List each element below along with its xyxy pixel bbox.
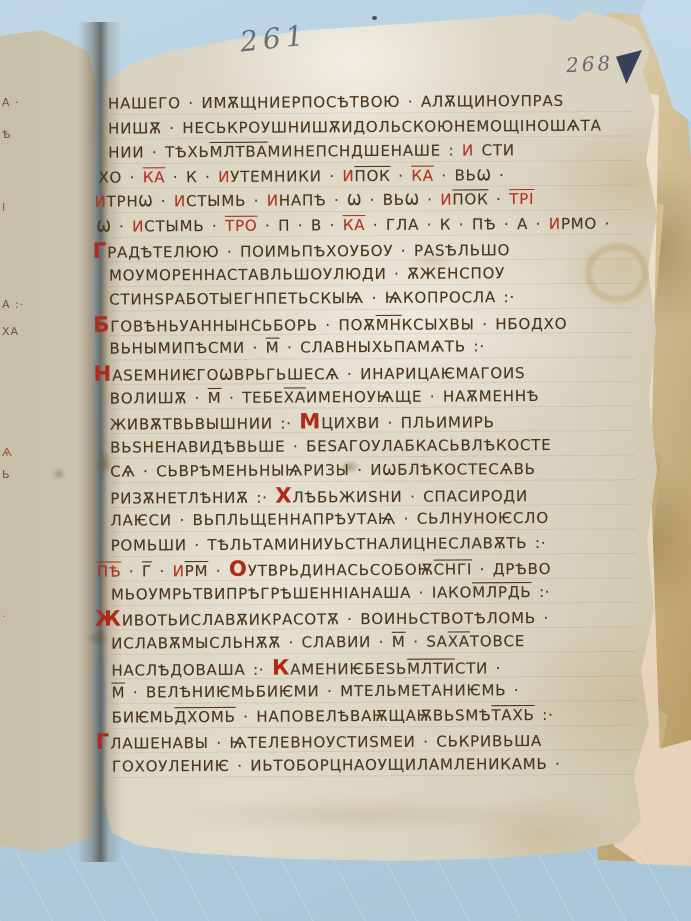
text-segment: биѥмь	[112, 708, 175, 726]
text-segment: ивотьиславѫикрасотѫ · воиньствотѣломь ·	[122, 609, 549, 630]
text-segment: пок	[354, 167, 390, 185]
text-segment: сти	[474, 141, 515, 159]
initial-letter: к	[272, 655, 290, 679]
text-segment: г	[142, 563, 152, 581]
text-segment: хо ·	[98, 168, 142, 186]
text-line: сѧ · сьврѣменьныѩризы · иѡблѣкостесѧвь	[110, 457, 635, 485]
text-line: живѫтвьвышнии :· мцихви · пльимирь	[110, 408, 635, 436]
text-line: иславѫмысльнѫѫ · славии · м · ѕахатовсе	[111, 628, 636, 656]
text-segment: цихви · пльимирь	[321, 413, 494, 432]
text-segment: живѫтвьвышнии :·	[110, 415, 300, 434]
text-line: ѡ · истымь · тро · п · в · ка · гла · к …	[109, 211, 634, 239]
text-segment: ·	[152, 563, 173, 581]
initial-letter: б	[93, 313, 110, 337]
text-line: животьиславѫикрасотѫ · воиньствотѣломь ·	[111, 604, 636, 632]
text-line: нии · тѣхьмлтваминепсндшенаше : и сти	[108, 137, 633, 165]
text-segment: минепсндшенаше :	[267, 142, 462, 161]
text-segment: и	[173, 563, 185, 581]
text-line: наѕемниѥгоѡврьгьшесѧ · инарицаѥмагоиѕ	[110, 358, 635, 386]
text-segment: · велѣниѥмьбиѥми · мтельметаниѥмь ·	[125, 681, 519, 701]
initial-letter: г	[96, 730, 111, 754]
text-segment: ·	[208, 562, 229, 580]
text-segment: лаѥси · вьпльщеннапрѣутаѩ · сьлнуноѥсло	[110, 509, 549, 530]
text-segment: иславѫмысльнѫѫ · славии ·	[111, 633, 392, 653]
text-segment: млрдь	[472, 583, 531, 601]
text-line: пѣ · г · ирм · оутврьдинасьсобоѭснгі · д…	[111, 555, 636, 583]
text-segment: рм	[185, 562, 209, 580]
text-line: вьнымипѣсми · м · славныхьпамѧть :·	[109, 334, 634, 362]
text-segment: снгі	[434, 561, 473, 579]
text-segment: лѣбьжиѕни · спасироди	[292, 487, 528, 506]
text-segment: · ѕа	[406, 633, 448, 651]
text-fragment: ·	[2, 610, 7, 623]
text-segment: ка	[143, 168, 166, 186]
text-segment: ксыхвы · нбодхо	[402, 315, 568, 334]
text-segment: · наповелѣваѭщаѭвьѕмѣ	[236, 706, 492, 726]
text-segment: тахь	[491, 706, 534, 724]
text-segment: · славныхьпамѧть :·	[279, 338, 485, 357]
text-line: стинѕработыегнпетьскыѩ · ѩкопросла :·	[109, 285, 634, 313]
text-line: нашего · имѫщниерпосѣтвою · алѫщиноупраѕ	[108, 88, 633, 116]
text-fragment: ѣ	[2, 128, 11, 141]
text-segment: наслѣдоваша :·	[111, 660, 272, 679]
text-block: нашего · имѫщниерпосѣтвою · алѫщиноупраѕ…	[108, 88, 637, 779]
text-segment: :·	[535, 706, 554, 724]
text-line: гохоулениѥ · иьтоборцнаоущиламленикамь ·	[112, 751, 637, 779]
text-segment: м	[112, 684, 126, 702]
text-line: итрнѡ · истымь · инапѣ · ѡ · вьѡ · ипок …	[109, 187, 634, 215]
initial-letter: ж	[95, 607, 122, 631]
text-line: наслѣдоваша :· камениѥбеѕьмлтисти ·	[111, 653, 636, 681]
text-segment: моумореннаставльшоулюди · ѫженспоу	[109, 264, 505, 284]
text-segment: и	[342, 167, 354, 185]
ink-speck	[372, 16, 377, 20]
text-segment: рмо ·	[561, 214, 610, 232]
text-segment: именоуѩще · наѫменнѣ	[306, 387, 539, 406]
text-line: волишѫ · м · тебехаименоуѩще · наѫменнѣ	[110, 383, 635, 411]
text-line: градѣтелюю · поимьпѣхоубоу · раѕѣльшо	[109, 236, 634, 264]
text-segment: утемники ·	[230, 167, 342, 186]
text-fragment: ь	[2, 468, 11, 481]
text-segment: сти ·	[455, 659, 502, 677]
text-segment: и	[267, 192, 279, 210]
text-segment: и	[132, 217, 144, 235]
text-segment: вьнымипѣсми ·	[109, 339, 265, 358]
text-segment: трнѡ ·	[107, 192, 175, 210]
text-segment: ка	[411, 166, 434, 184]
text-line: лаѥси · вьпльщеннапрѣутаѩ · сьлнуноѥсло	[110, 506, 635, 534]
text-segment: и	[174, 192, 186, 210]
text-segment: ·	[488, 190, 509, 208]
text-line: биѥмьдхомь · наповелѣваѭщаѭвьѕмѣтахь :·	[112, 702, 637, 730]
text-segment: м	[208, 388, 222, 406]
text-segment: нашего · имѫщниерпосѣтвою · алѫщиноупраѕ	[108, 92, 564, 113]
initial-letter: о	[229, 557, 248, 581]
text-segment: и	[95, 193, 107, 211]
text-segment: :·	[531, 583, 550, 601]
text-line: ромьши · тѣльтаминиуьстналицнеславѫть :·	[111, 530, 636, 558]
text-segment: ·	[391, 166, 412, 184]
text-segment: мн	[376, 316, 402, 334]
text-segment: аѕемниѥгоѡврьгьшесѧ · инарицаѥмагоиѕ	[112, 364, 525, 385]
text-segment: вьѕненавидѣвьше · беѕагоулабкасьвлѣкосте	[110, 436, 552, 457]
text-segment: лашенавы · ѩтелевноустиѕмеи · ськривьша	[110, 732, 542, 753]
manuscript-photo: { "photo": { "description": "Parchment m…	[0, 0, 691, 921]
text-segment: млти	[407, 659, 455, 677]
text-segment: ѡ ·	[97, 217, 133, 235]
text-segment: · к ·	[165, 168, 218, 186]
text-segment: дхомь	[175, 708, 236, 726]
text-segment: ризѫнетлѣниѫ :·	[110, 488, 275, 507]
text-segment: пѣ	[97, 563, 122, 581]
text-line: м · велѣниѥмьбиѥми · мтельметаниѥмь ·	[112, 678, 637, 706]
text-line: бговѣньуаннынсьборь · поѫмнксыхвы · нбод…	[109, 309, 634, 337]
text-segment: товсе	[470, 632, 525, 650]
text-segment: · гла · к · пѣ · а ·	[365, 215, 549, 234]
initial-letter: г	[93, 239, 108, 263]
text-segment: ромьши · тѣльтаминиуьстналицнеславѫть :·	[111, 534, 547, 555]
text-segment: стымь ·	[186, 192, 267, 210]
text-segment: и	[440, 191, 452, 209]
text-segment: напѣ · ѡ · вьѡ ·	[279, 191, 441, 210]
text-fragment: ха	[2, 325, 19, 338]
text-segment: волишѫ ·	[110, 389, 208, 408]
text-segment: ка	[343, 216, 366, 234]
text-segment: и	[462, 141, 474, 159]
text-line: вьѕненавидѣвьше · беѕагоулабкасьвлѣкосте	[110, 432, 635, 460]
text-segment: · тебе	[221, 388, 283, 406]
text-segment: говѣньуаннынсьборь · поѫ	[110, 316, 376, 336]
text-segment: тро	[225, 216, 258, 234]
text-segment: утврьдинасьсобоѭ	[248, 561, 434, 580]
text-segment: м	[392, 633, 406, 651]
text-segment: радѣтелюю · поимьпѣхоубоу · раѕѣльшо	[107, 241, 510, 261]
text-segment: ·	[121, 563, 142, 581]
text-segment: стымь ·	[144, 217, 225, 235]
text-fragment: і	[2, 201, 6, 214]
text-segment: гохоулениѥ · иьтоборцнаоущиламленикамь ·	[112, 755, 561, 776]
text-segment: · вьѡ ·	[434, 166, 505, 184]
initial-letter: м	[299, 409, 321, 433]
text-segment: · дрѣво	[472, 560, 551, 578]
initial-letter: х	[275, 483, 292, 507]
text-segment: · п · в ·	[257, 216, 342, 235]
text-fragment: ѧ	[2, 446, 13, 459]
text-segment: и	[549, 215, 561, 233]
text-fragment: а ·	[2, 96, 20, 109]
text-segment: м	[266, 339, 280, 357]
text-segment: амениѥбеѕь	[290, 659, 407, 678]
text-line: нишѫ · неськроушнишѫидольскоюнемощіношѧт…	[108, 113, 633, 141]
text-segment: нишѫ · неськроушнишѫидольскоюнемощіношѧт…	[108, 116, 602, 137]
text-fragment: а :·	[2, 298, 24, 311]
text-line: ризѫнетлѣниѫ :· хлѣбьжиѕни · спасироди	[110, 481, 635, 509]
text-segment: сѧ · сьврѣменьныѩризы · иѡблѣкостесѧвь	[110, 460, 536, 481]
text-line: глашенавы · ѩтелевноустиѕмеи · ськривьша	[112, 727, 637, 755]
text-segment: мьоумрьтвипрѣгрѣшенніанаша · іако	[111, 583, 472, 603]
initial-letter: н	[94, 362, 113, 386]
text-segment: ха	[284, 388, 306, 406]
text-line: хо · ка · к · иутемники · ипок · ка · вь…	[108, 162, 633, 190]
text-segment: нии · тѣхь	[108, 143, 209, 162]
text-segment: млтва	[210, 143, 268, 161]
folio-number-right: 268	[565, 51, 613, 77]
text-segment: ха	[448, 632, 470, 650]
text-segment: пок	[452, 190, 488, 208]
text-segment: трі	[509, 190, 534, 208]
text-line: моумореннаставльшоулюди · ѫженспоу	[109, 260, 634, 288]
text-segment: стинѕработыегнпетьскыѩ · ѩкопросла :·	[109, 289, 515, 309]
text-line: мьоумрьтвипрѣгрѣшенніанаша · іакомлрдь :…	[111, 579, 636, 607]
text-segment: и	[218, 168, 230, 186]
